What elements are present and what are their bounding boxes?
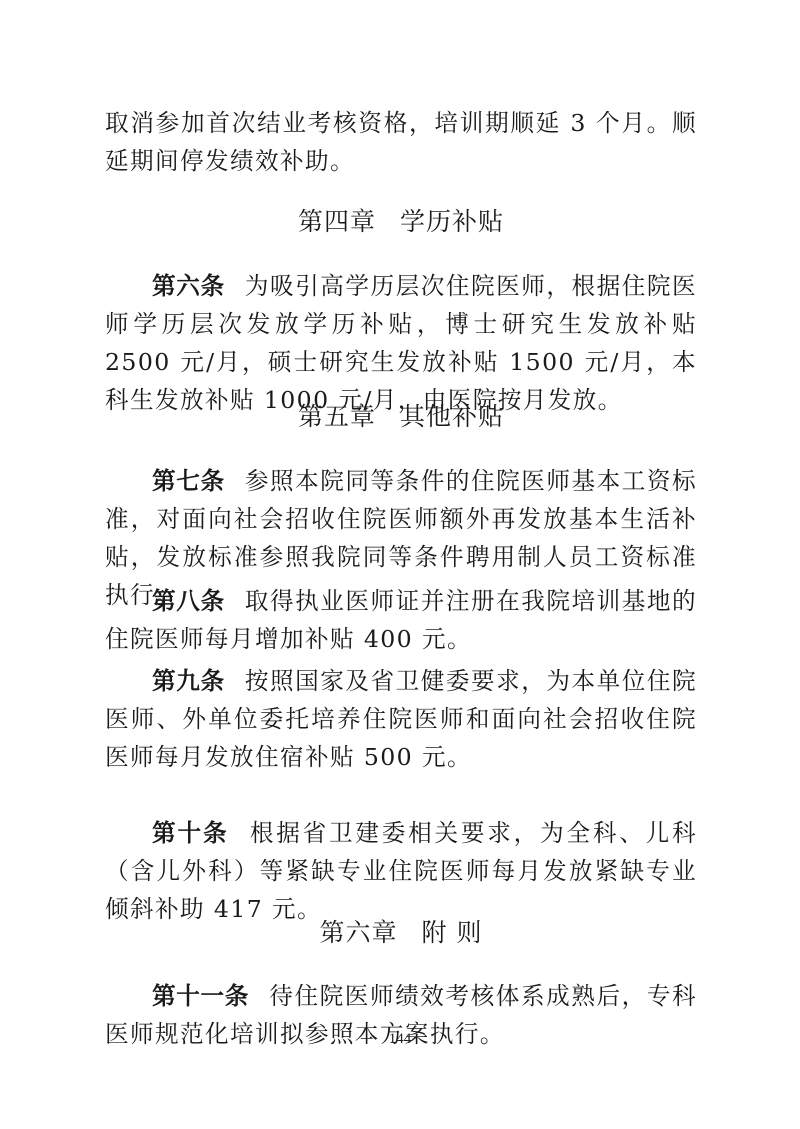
chapter-heading-5: 第五章其他补贴 xyxy=(105,399,697,435)
article-label: 第八条 xyxy=(152,587,225,615)
chapter-heading-4: 第四章学历补贴 xyxy=(105,204,697,240)
article-label: 第九条 xyxy=(152,667,225,695)
article-label: 第六条 xyxy=(152,272,225,300)
article-label: 第十一条 xyxy=(152,982,249,1010)
chapter-title: 其他补贴 xyxy=(400,402,504,431)
chapter-number: 第四章 xyxy=(298,207,376,236)
article-9: 第九条按照国家及省卫健委要求，为本单位住院医师、外单位委托培养住院医师和面向社会… xyxy=(105,662,697,776)
article-10: 第十条根据省卫建委相关要求，为全科、儿科（含儿外科）等紧缺专业住院医师每月发放紧… xyxy=(105,814,697,928)
chapter-title: 学历补贴 xyxy=(400,207,504,236)
article-label: 第七条 xyxy=(152,467,225,495)
article-6: 第六条为吸引高学历层次住院医师，根据住院医师学历层次发放学历补贴，博士研究生发放… xyxy=(105,267,697,419)
page-number: 144 xyxy=(0,1031,800,1048)
article-label: 第十条 xyxy=(152,819,228,847)
chapter-title: 附 则 xyxy=(422,918,483,947)
article-8: 第八条取得执业医师证并注册在我院培训基地的住院医师每月增加补贴 400 元。 xyxy=(105,582,697,658)
chapter-number: 第六章 xyxy=(320,918,398,947)
chapter-number: 第五章 xyxy=(298,402,376,431)
chapter-heading-6: 第六章附 则 xyxy=(105,915,697,951)
continuation-paragraph: 取消参加首次结业考核资格，培训期顺延 3 个月。顺延期间停发绩效补助。 xyxy=(105,104,697,180)
